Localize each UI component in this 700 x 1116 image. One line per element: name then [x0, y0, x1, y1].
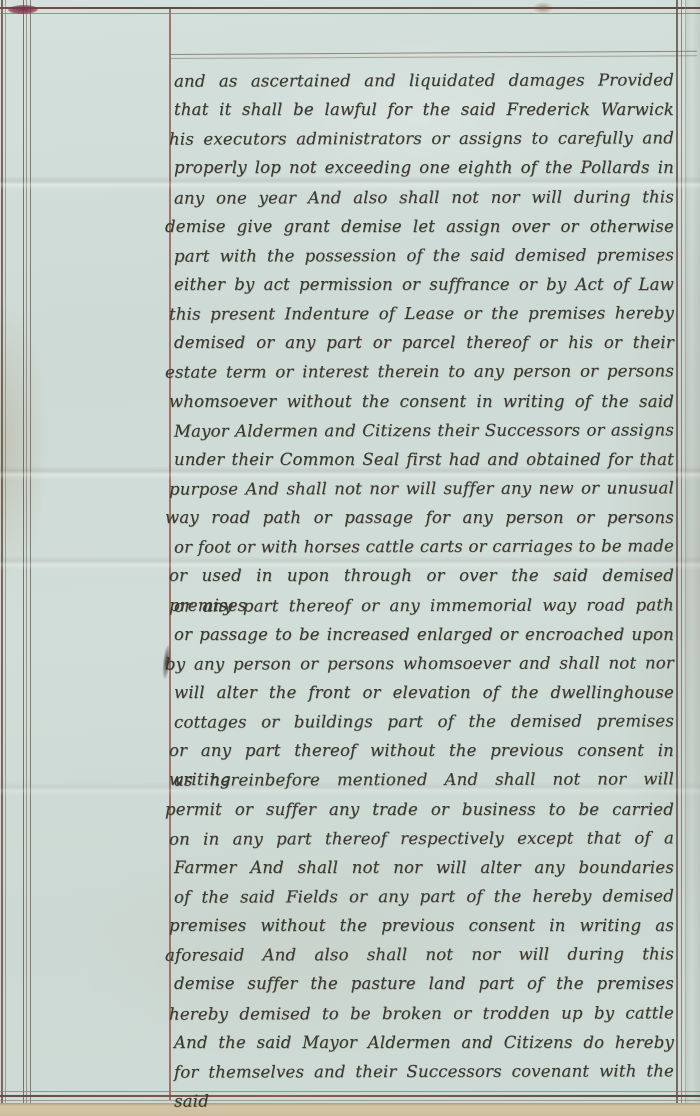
manuscript-line: aforesaid And also shall not nor will du… — [165, 940, 674, 970]
bottom-border-rule-3 — [0, 1100, 700, 1101]
manuscript-line: and as ascertained and liquidated damage… — [174, 65, 674, 95]
manuscript-line: Mayor Aldermen and Citizens their Succes… — [174, 415, 674, 445]
manuscript-line: whomsoever without the consent in writin… — [169, 387, 674, 416]
manuscript-line: any one year And also shall not nor will… — [174, 182, 674, 212]
manuscript-line: that it shall be lawful for the said Fre… — [174, 95, 674, 124]
manuscript-line: by any person or persons whomsoever and … — [165, 648, 674, 678]
manuscript-line: or any part thereof without the previous… — [169, 736, 674, 765]
header-rule-2 — [171, 55, 697, 59]
manuscript-line: Farmer And shall not nor will alter any … — [174, 853, 674, 882]
manuscript-line: premises without the previous consent in… — [169, 911, 674, 940]
manuscript-line: or foot or with horses cattle carts or c… — [174, 532, 674, 562]
manuscript-line: demised or any part or parcel thereof or… — [174, 328, 674, 357]
manuscript-line: or used in upon through or over the said… — [169, 561, 674, 590]
manuscript-line: demise suffer the pasture land part of t… — [174, 969, 674, 998]
manuscript-line: cottages or buildings part of the demise… — [174, 706, 674, 736]
manuscript-line: his executors administrators or assigns … — [169, 124, 674, 154]
manuscript-text: and as ascertained and liquidated damage… — [174, 66, 674, 1086]
manuscript-line: will alter the front or elevation of the… — [174, 678, 674, 707]
header-rule-1 — [171, 51, 697, 55]
manuscript-line: demise give grant demise let assign over… — [165, 212, 674, 241]
manuscript-line: permit or suffer any trade or business t… — [165, 795, 674, 824]
manuscript-line: under their Common Seal first had and ob… — [174, 445, 674, 474]
scanned-manuscript-page: and as ascertained and liquidated damage… — [0, 0, 700, 1116]
manuscript-line: And the said Mayor Aldermen and Citizens… — [174, 1028, 674, 1057]
manuscript-line: hereby demised to be broken or trodden u… — [169, 998, 674, 1028]
top-border-rule-1 — [0, 7, 700, 9]
manuscript-line: or any part thereof or any immemorial wa… — [174, 590, 674, 620]
page-bottom-edge — [0, 1103, 700, 1116]
top-border-rule-2 — [0, 13, 700, 14]
manuscript-line: for themselves and their Successors cove… — [174, 1056, 674, 1086]
manuscript-line: as hereinbefore mentioned And shall not … — [174, 765, 674, 795]
manuscript-line: on in any part thereof respectively exce… — [169, 823, 674, 853]
manuscript-line: purpose And shall not nor will suffer an… — [169, 473, 674, 503]
bottom-border-rule-1 — [0, 1091, 700, 1092]
manuscript-line: either by act permission or suffrance or… — [174, 270, 674, 299]
manuscript-line: or passage to be increased enlarged or e… — [174, 620, 674, 649]
manuscript-line: way road path or passage for any person … — [165, 503, 674, 532]
manuscript-line: this present Indenture of Lease or the p… — [169, 298, 674, 328]
bottom-border-rule-2 — [0, 1095, 700, 1097]
manuscript-line: of the said Fields or any part of the he… — [174, 881, 674, 911]
manuscript-line: estate term or interest therein to any p… — [165, 357, 674, 387]
manuscript-line: part with the possession of the said dem… — [174, 240, 674, 270]
manuscript-line: properly lop not exceeding one eighth of… — [174, 153, 674, 182]
